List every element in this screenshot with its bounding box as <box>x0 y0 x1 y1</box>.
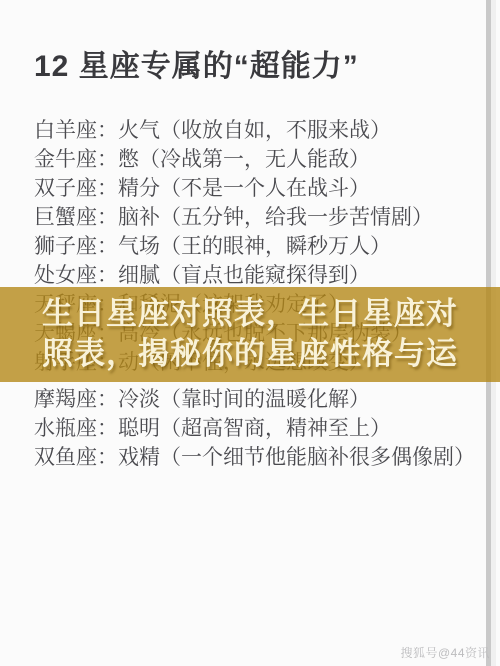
zodiac-row-leo: 狮子座：气场（王的眼神，瞬秒万人） <box>34 232 468 261</box>
zodiac-row-capricorn: 摩羯座：冷淡（靠时间的温暖化解） <box>34 385 468 414</box>
zodiac-row-gemini: 双子座：精分（不是一个人在战斗） <box>34 174 468 203</box>
promo-overlay-banner: 生日星座对照表，生日星座对 照表，揭秘你的星座性格与运 <box>0 287 500 382</box>
zodiac-row-cancer: 巨蟹座：脑补（五分钟，给我一步苦情剧） <box>34 203 468 232</box>
promo-overlay-line1: 生日星座对照表，生日星座对 <box>0 294 500 334</box>
article-page: 12 星座专属的“超能力” 白羊座：火气（收放自如，不服来战） 金牛座：憋（冷战… <box>0 0 500 666</box>
zodiac-row-taurus: 金牛座：憋（冷战第一，无人能敌） <box>34 145 468 174</box>
watermark-sohu: 搜狐号@44资讯 <box>400 644 490 661</box>
zodiac-row-pisces: 双鱼座：戏精（一个细节他能脑补很多偶像剧） <box>34 443 468 472</box>
promo-overlay-line2: 照表，揭秘你的星座性格与运 <box>0 334 500 374</box>
page-title: 12 星座专属的“超能力” <box>34 46 500 88</box>
zodiac-row-aries: 白羊座：火气（收放自如，不服来战） <box>34 116 468 145</box>
zodiac-row-virgo: 处女座：细腻（盲点也能窥探得到） <box>34 261 468 290</box>
zodiac-row-aquarius: 水瓶座：聪明（超高智商，精神至上） <box>34 414 468 443</box>
